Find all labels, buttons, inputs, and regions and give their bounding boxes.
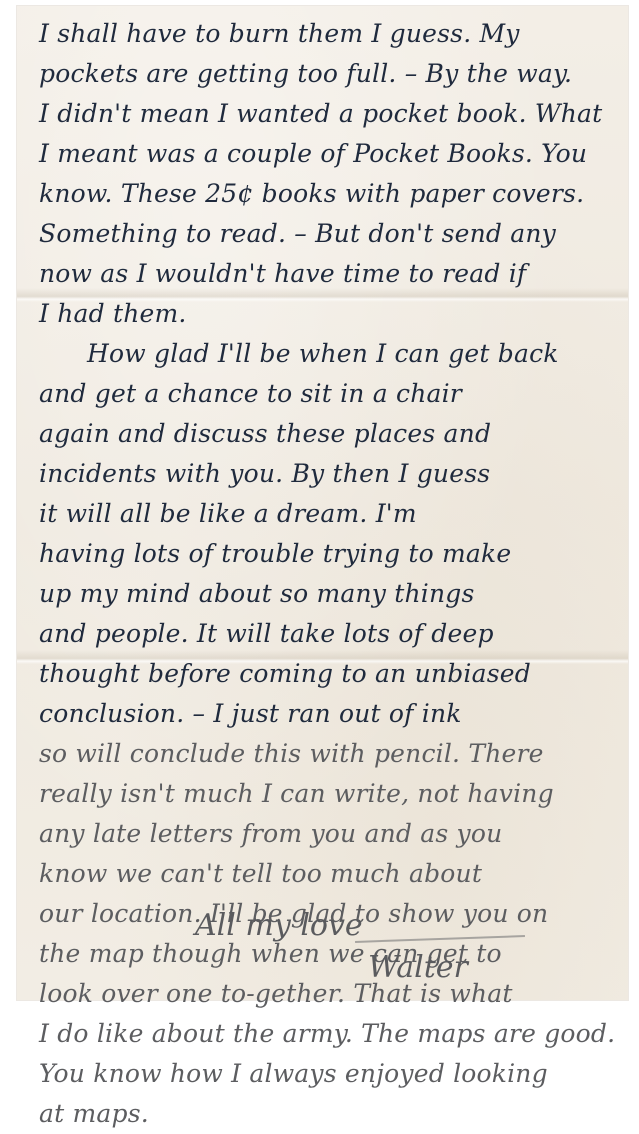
letter-line: pockets are getting too full. – By the w… [39, 54, 624, 94]
letter-line: any late letters from you and as you [39, 814, 624, 854]
letter-line: How glad I'll be when I can get back [39, 334, 624, 374]
letter-line: having lots of trouble trying to make [39, 534, 624, 574]
letter-closing: All my love [195, 908, 363, 943]
letter-line: know. These 25¢ books with paper covers. [39, 174, 624, 214]
letter-line: I shall have to burn them I guess. My [39, 14, 624, 54]
letter-line: now as I wouldn't have time to read if [39, 254, 624, 294]
letter-line: and people. It will take lots of deep [39, 614, 624, 654]
letter-page: I shall have to burn them I guess. My po… [17, 6, 628, 1000]
letter-line: look over one to-gether. That is what [39, 974, 624, 1000]
letter-line: thought before coming to an unbiased [39, 654, 624, 694]
letter-line: I didn't mean I wanted a pocket book. Wh… [39, 94, 624, 134]
letter-line: I had them. [39, 294, 624, 334]
letter-line: conclusion. – I just ran out of ink [39, 694, 624, 734]
letter-line: know we can't tell too much about [39, 854, 624, 894]
letter-line: I meant was a couple of Pocket Books. Yo… [39, 134, 624, 174]
letter-line: really isn't much I can write, not havin… [39, 774, 624, 814]
letter-line: and get a chance to sit in a chair [39, 374, 624, 414]
letter-body: I shall have to burn them I guess. My po… [39, 14, 624, 1000]
letter-line: up my mind about so many things [39, 574, 624, 614]
letter-line: so will conclude this with pencil. There [39, 734, 624, 774]
letter-line: it will all be like a dream. I'm [39, 494, 624, 534]
letter-line: again and discuss these places and [39, 414, 624, 454]
letter-line: Something to read. – But don't send any [39, 214, 624, 254]
letter-signature: Walter [368, 950, 468, 985]
letter-line: incidents with you. By then I guess [39, 454, 624, 494]
